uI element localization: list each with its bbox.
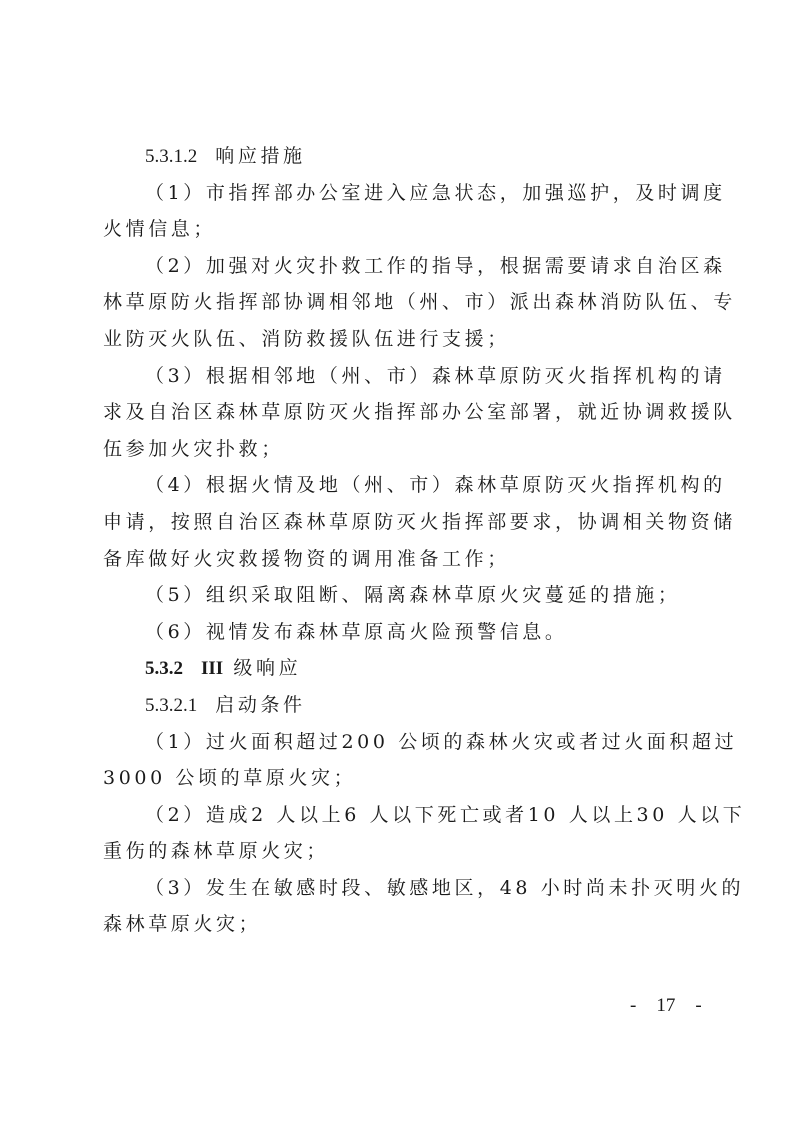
document-page: 5.3.1.2响应措施 （1）市指挥部办公室进入应急状态，加强巡护，及时调度 火… — [103, 138, 691, 943]
page-number: -17- — [620, 995, 712, 1017]
heading-number: 5.3.1.2 — [145, 146, 197, 167]
paragraph-line: 火情信息； — [103, 211, 691, 248]
paragraph-line: （6）视情发布森林草原高火险预警信息。 — [103, 614, 691, 651]
paragraph-line: 林草原防火指挥部协调相邻地（州、市）派出森林消防队伍、专 — [103, 284, 691, 321]
paragraph-line: （3）根据相邻地（州、市）森林草原防灭火指挥机构的请 — [103, 358, 691, 395]
section-heading-5-3-2: 5.3.2III 级响应 — [103, 650, 691, 687]
paragraph-line: （3）发生在敏感时段、敏感地区，48 小时尚未扑灭明火的 — [103, 870, 691, 907]
paragraph-line: 森林草原火灾； — [103, 906, 691, 943]
heading-title: 级响应 — [233, 657, 301, 679]
paragraph-line: （1）过火面积超过200 公顷的森林火灾或者过火面积超过 — [103, 724, 691, 761]
heading-number: 5.3.2 — [145, 658, 183, 679]
paragraph-line: （2）造成2 人以上6 人以下死亡或者10 人以上30 人以下 — [103, 797, 691, 834]
paragraph-line: （2）加强对火灾扑救工作的指导，根据需要请求自治区森 — [103, 248, 691, 285]
heading-title: 响应措施 — [215, 145, 305, 167]
page-number-value: 17 — [656, 995, 675, 1016]
paragraph-line: （4）根据火情及地（州、市）森林草原防灭火指挥机构的 — [103, 467, 691, 504]
subsection-heading-5-3-2-1: 5.3.2.1启动条件 — [103, 687, 691, 724]
paragraph-line: 重伤的森林草原火灾； — [103, 833, 691, 870]
subsection-heading-5-3-1-2: 5.3.1.2响应措施 — [103, 138, 691, 175]
heading-roman: III — [201, 658, 223, 679]
paragraph-line: （1）市指挥部办公室进入应急状态，加强巡护，及时调度 — [103, 175, 691, 212]
page-number-dash-left: - — [630, 995, 636, 1016]
page-number-dash-right: - — [695, 995, 701, 1016]
heading-number: 5.3.2.1 — [145, 695, 197, 716]
paragraph-line: 求及自治区森林草原防灭火指挥部办公室部署，就近协调救援队 — [103, 394, 691, 431]
paragraph-line: 备库做好火灾救援物资的调用准备工作； — [103, 541, 691, 578]
paragraph-line: （5）组织采取阻断、隔离森林草原火灾蔓延的措施； — [103, 577, 691, 614]
paragraph-line: 业防灭火队伍、消防救援队伍进行支援； — [103, 321, 691, 358]
paragraph-line: 伍参加火灾扑救； — [103, 431, 691, 468]
heading-title: 启动条件 — [215, 694, 305, 716]
paragraph-line: 3000 公顷的草原火灾； — [103, 760, 691, 797]
paragraph-line: 申请，按照自治区森林草原防灭火指挥部要求，协调相关物资储 — [103, 504, 691, 541]
